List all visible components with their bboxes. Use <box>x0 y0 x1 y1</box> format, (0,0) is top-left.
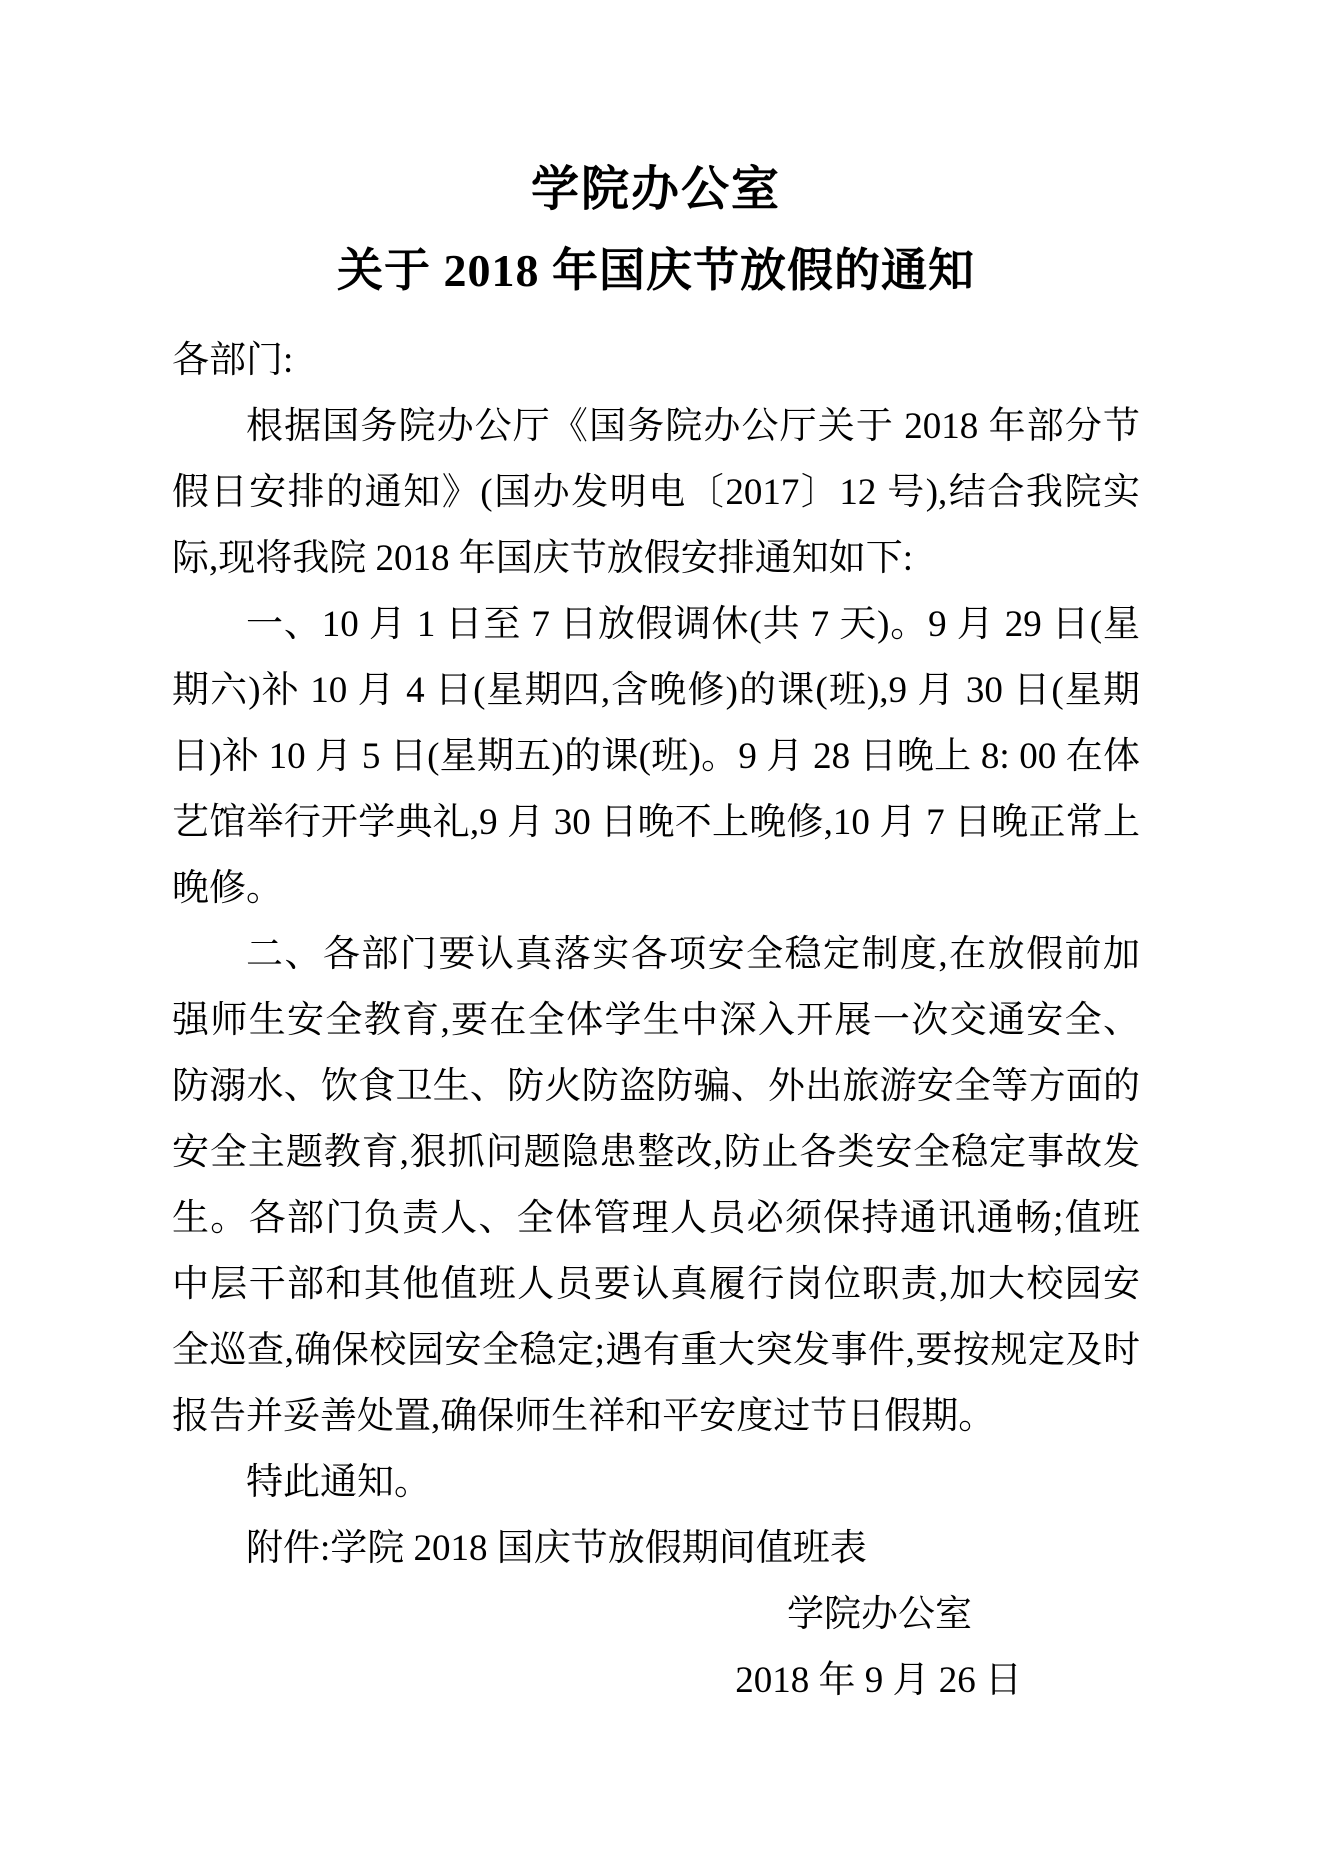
attachment-line: 附件:学院 2018 国庆节放假期间值班表 <box>172 1516 1140 1582</box>
salutation-line: 各部门: <box>172 328 1140 394</box>
closing-line: 特此通知。 <box>172 1450 1140 1516</box>
document-title: 学院办公室 <box>172 152 1140 228</box>
document-subtitle: 关于 2018 年国庆节放假的通知 <box>172 232 1140 310</box>
notice-document-page: 学院办公室 关于 2018 年国庆节放假的通知 各部门: 根据国务院办公厅《国务… <box>0 0 1323 1871</box>
signature-office: 学院办公室 <box>172 1582 1140 1648</box>
paragraph-holiday-schedule: 一、10 月 1 日至 7 日放假调休(共 7 天)。9 月 29 日(星期六)… <box>172 592 1140 922</box>
paragraph-basis: 根据国务院办公厅《国务院办公厅关于 2018 年部分节假日安排的通知》(国办发明… <box>172 394 1140 592</box>
notice-content: 学院办公室 关于 2018 年国庆节放假的通知 各部门: 根据国务院办公厅《国务… <box>172 152 1140 1714</box>
signature-date: 2018 年 9 月 26 日 <box>172 1648 1140 1714</box>
paragraph-safety-requirements: 二、各部门要认真落实各项安全稳定制度,在放假前加强师生安全教育,要在全体学生中深… <box>172 922 1140 1450</box>
